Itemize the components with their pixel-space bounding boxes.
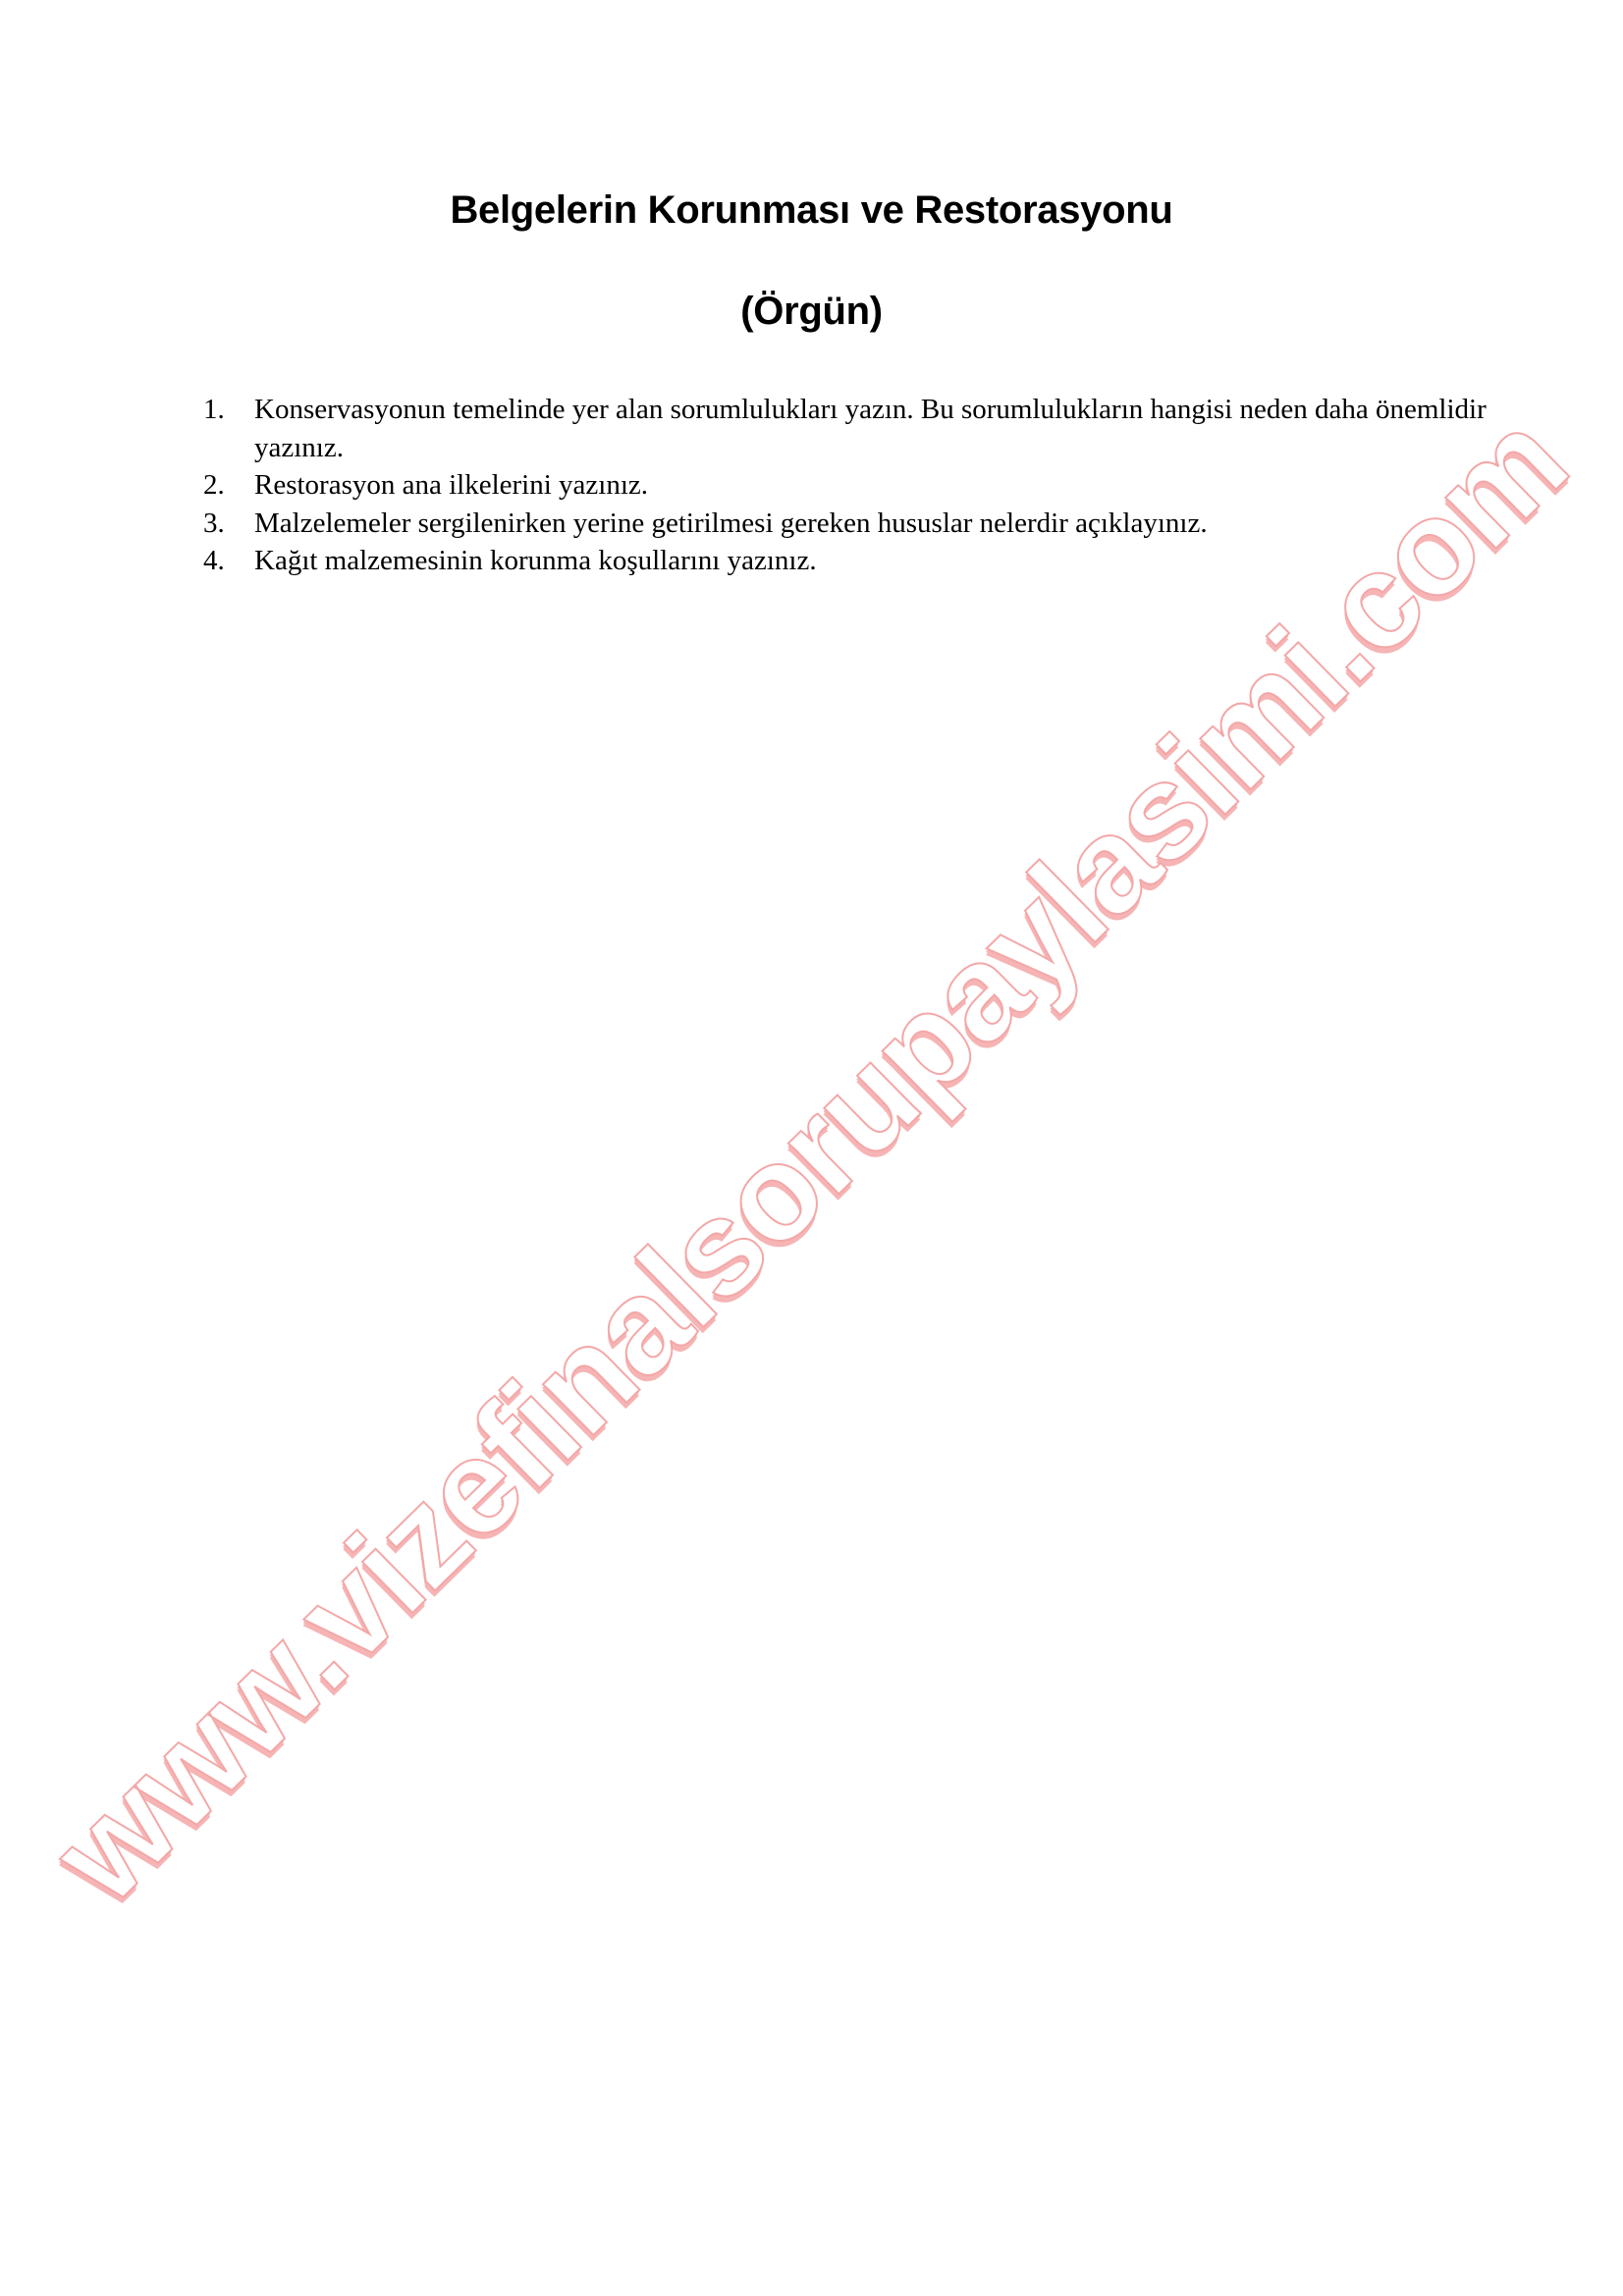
- question-text: Konservasyonun temelinde yer alan soruml…: [254, 394, 1487, 463]
- document-page: Belgelerin Korunması ve Restorasyonu (Ör…: [0, 0, 1623, 2296]
- question-list: 1. Konservasyonun temelinde yer alan sor…: [203, 391, 1509, 580]
- question-text: Malzelemeler sergilenirken yerine getiri…: [254, 507, 1208, 539]
- question-number: 1.: [203, 391, 225, 429]
- question-item: 2. Restorasyon ana ilkelerini yazınız.: [203, 466, 1509, 505]
- question-item: 3. Malzelemeler sergilenirken yerine get…: [203, 505, 1509, 543]
- question-number: 2.: [203, 466, 225, 505]
- document-title: Belgelerin Korunması ve Restorasyonu: [0, 188, 1623, 233]
- question-number: 3.: [203, 505, 225, 543]
- question-number: 4.: [203, 542, 225, 580]
- document-subtitle: (Örgün): [0, 290, 1623, 334]
- question-text: Kağıt malzemesinin korunma koşullarını y…: [254, 545, 817, 576]
- question-item: 1. Konservasyonun temelinde yer alan sor…: [203, 391, 1509, 466]
- question-text: Restorasyon ana ilkelerini yazınız.: [254, 469, 648, 501]
- watermark: www.vizefinalsorupaylasimi.com: [24, 384, 1596, 1933]
